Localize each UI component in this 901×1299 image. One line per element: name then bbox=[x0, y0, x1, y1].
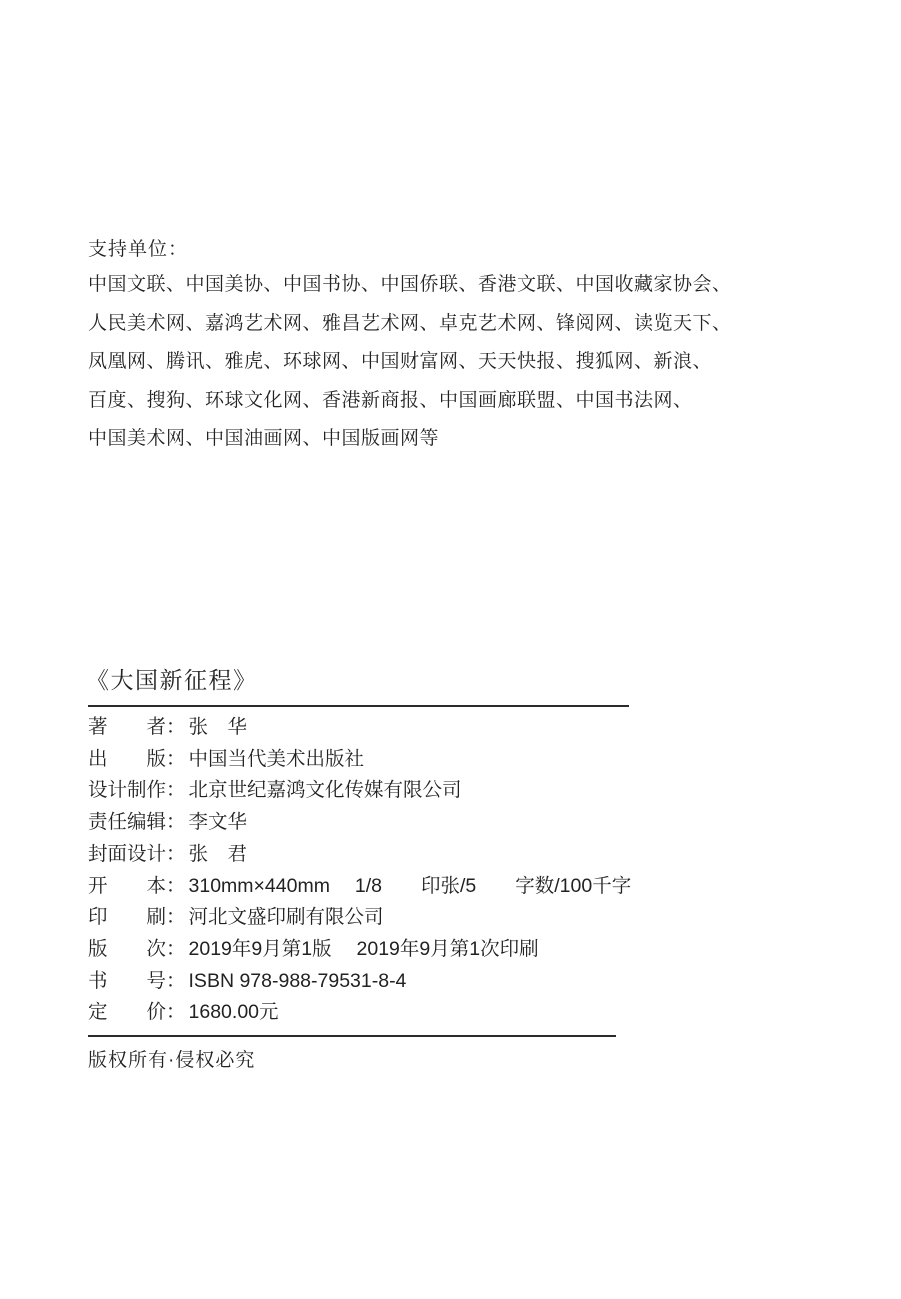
row-label: 印 刷： bbox=[88, 902, 186, 934]
title-divider-rule bbox=[88, 705, 629, 707]
row-label: 设计制作： bbox=[88, 775, 186, 807]
row-value: 张 君 bbox=[189, 839, 248, 871]
support-units-heading: 支持单位： bbox=[88, 238, 188, 262]
colophon-rows: 著 者： 张 华 出 版： 中国当代美术出版社 设计制作： 北京世纪嘉鸿文化传媒… bbox=[88, 712, 728, 1029]
colophon-page: 支持单位： 中国文联、中国美协、中国书协、中国侨联、香港文联、中国收藏家协会、 … bbox=[0, 0, 901, 1299]
row-value: 张 华 bbox=[189, 712, 248, 744]
colophon-row-author: 著 者： 张 华 bbox=[88, 712, 728, 744]
row-value: 2019年9月第1版 2019年9月第1次印刷 bbox=[189, 934, 539, 966]
row-label: 定 价： bbox=[88, 997, 186, 1029]
support-line: 凤凰网、腾讯、雅虎、环球网、中国财富网、天天快报、搜狐网、新浪、 bbox=[88, 343, 713, 382]
row-value: 李文华 bbox=[189, 807, 248, 839]
colophon-row-cover-design: 封面设计： 张 君 bbox=[88, 839, 728, 871]
colophon-row-isbn: 书 号： ISBN 978-988-79531-8-4 bbox=[88, 966, 728, 998]
colophon-row-edition: 版 次： 2019年9月第1版 2019年9月第1次印刷 bbox=[88, 934, 728, 966]
support-line: 中国文联、中国美协、中国书协、中国侨联、香港文联、中国收藏家协会、 bbox=[88, 266, 713, 305]
support-line: 人民美术网、嘉鸿艺术网、雅昌艺术网、卓克艺术网、锋阅网、读览天下、 bbox=[88, 305, 713, 344]
row-label: 书 号： bbox=[88, 966, 186, 998]
colophon-row-publisher: 出 版： 中国当代美术出版社 bbox=[88, 744, 728, 776]
colophon-row-managing-editor: 责任编辑： 李文华 bbox=[88, 807, 728, 839]
colophon-row-printer: 印 刷： 河北文盛印刷有限公司 bbox=[88, 902, 728, 934]
colophon-row-design-production: 设计制作： 北京世纪嘉鸿文化传媒有限公司 bbox=[88, 775, 728, 807]
row-label: 著 者： bbox=[88, 712, 186, 744]
row-value: 310mm×440mm 1/8 印张/5 字数/100千字 bbox=[189, 871, 632, 903]
row-label: 封面设计： bbox=[88, 839, 186, 871]
row-label: 出 版： bbox=[88, 744, 186, 776]
row-label: 责任编辑： bbox=[88, 807, 186, 839]
support-line: 百度、搜狗、环球文化网、香港新商报、中国画廊联盟、中国书法网、 bbox=[88, 382, 713, 421]
copyright-notice: 版权所有·侵权必究 bbox=[88, 1046, 255, 1076]
row-value: ISBN 978-988-79531-8-4 bbox=[189, 966, 407, 998]
bottom-divider-rule bbox=[88, 1035, 616, 1037]
support-line: 中国美术网、中国油画网、中国版画网等 bbox=[88, 420, 713, 459]
support-units-list: 中国文联、中国美协、中国书协、中国侨联、香港文联、中国收藏家协会、 人民美术网、… bbox=[88, 266, 713, 459]
colophon-row-price: 定 价： 1680.00元 bbox=[88, 997, 728, 1029]
book-title: 《大国新征程》 bbox=[86, 663, 258, 697]
row-value: 中国当代美术出版社 bbox=[189, 744, 365, 776]
row-label: 开 本： bbox=[88, 871, 186, 903]
colophon-row-format: 开 本： 310mm×440mm 1/8 印张/5 字数/100千字 bbox=[88, 871, 728, 903]
row-value: 河北文盛印刷有限公司 bbox=[189, 902, 384, 934]
row-value: 北京世纪嘉鸿文化传媒有限公司 bbox=[189, 775, 462, 807]
row-label: 版 次： bbox=[88, 934, 186, 966]
row-value: 1680.00元 bbox=[189, 997, 279, 1029]
